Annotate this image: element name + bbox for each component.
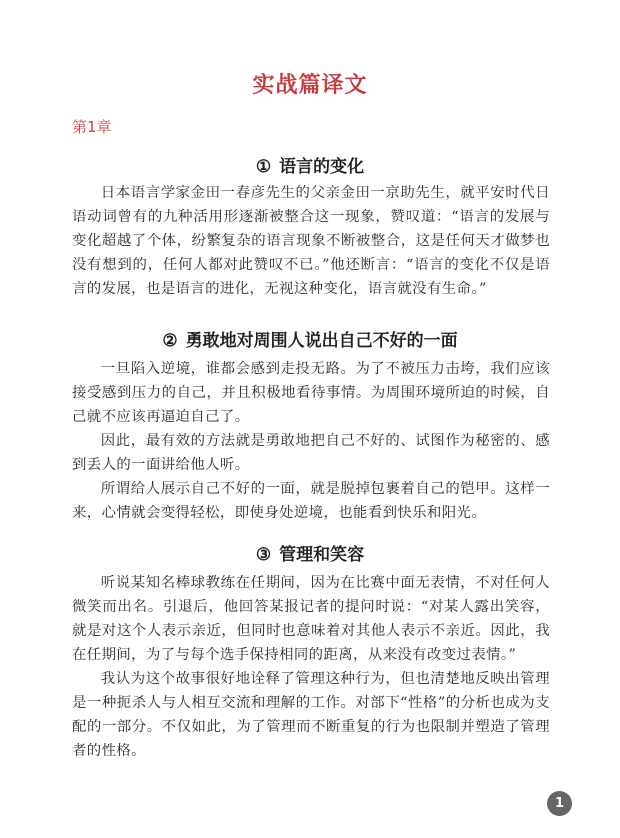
section-title-text: 勇敢地对周围人说出自己不好的一面 <box>186 331 458 351</box>
section-title-text: 语言的变化 <box>279 157 364 177</box>
paragraph: 我认为这个故事很好地诠释了管理这种行为，但也清楚地反映出管理是一种扼杀人与人相互… <box>72 667 550 763</box>
section-body: 日本语言学家金田一春彦先生的父亲金田一京助先生，就平安时代日语动词曾有的九种活用… <box>72 181 550 301</box>
paragraph: 一旦陷入逆境，谁都会感到走投无路。为了不被压力击垮，我们应该接受感到压力的自己，… <box>72 357 550 429</box>
section-body: 听说某知名棒球教练在任期间，因为在比赛中面无表情，不对任何人微笑而出名。引退后，… <box>72 571 550 763</box>
section-body: 一旦陷入逆境，谁都会感到走投无路。为了不被压力击垮，我们应该接受感到压力的自己，… <box>72 357 550 525</box>
page-title: 实战篇译文 <box>0 68 620 99</box>
paragraph: 听说某知名棒球教练在任期间，因为在比赛中面无表情，不对任何人微笑而出名。引退后，… <box>72 571 550 667</box>
paragraph: 因此，最有效的方法就是勇敢地把自己不好的、试图作为秘密的、感到丢人的一面讲给他人… <box>72 429 550 477</box>
section-heading: ②勇敢地对周围人说出自己不好的一面 <box>0 326 620 351</box>
section-heading: ①语言的变化 <box>0 152 620 177</box>
section-number: ① <box>256 157 271 177</box>
paragraph: 日本语言学家金田一春彦先生的父亲金田一京助先生，就平安时代日语动词曾有的九种活用… <box>72 181 550 301</box>
chapter-label: 第1章 <box>72 116 112 137</box>
page-number-badge: 1 <box>547 791 572 816</box>
section-number: ③ <box>256 545 271 565</box>
section-heading: ③管理和笑容 <box>0 540 620 565</box>
section-title-text: 管理和笑容 <box>279 545 364 565</box>
section-number: ② <box>162 331 177 351</box>
paragraph: 所谓给人展示自己不好的一面，就是脱掉包裹着自己的铠甲。这样一来，心情就会变得轻松… <box>72 477 550 525</box>
